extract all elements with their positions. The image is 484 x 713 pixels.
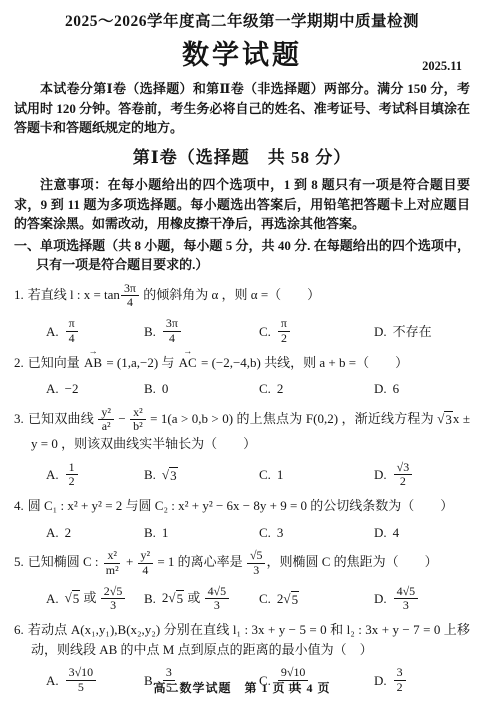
option-content: 2 [277,379,284,399]
answer-option: D.4 [374,523,470,543]
vector: →AB [83,353,103,373]
notice-paragraph: 注意事项：在每小题给出的四个选项中，1 到 8 题只有一项是符合题目要求，9 到… [14,175,470,234]
option-content: 0 [162,379,169,399]
option-content: √3 [162,465,178,485]
fraction: 3π4 [163,317,181,345]
question-options: A.2B.1C.3D.4 [14,523,470,543]
option-label: D. [374,379,387,399]
answer-option: B.2√5 或 4√53 [144,585,259,613]
square-root: √3 [437,411,453,428]
section1-heading: 第Ⅰ卷（选择题 共 58 分） [14,145,470,171]
fraction: 3π4 [121,282,139,310]
option-label: C. [259,379,271,399]
answer-option: A.√5 或 2√53 [46,585,144,613]
question-stem-content: 已知椭圆 C : x²m² + y²4 = 1 的离心率是 √53，则椭圆 C … [28,554,438,569]
option-label: D. [374,523,387,543]
option-content: π4 [65,317,79,345]
exam-page: 2025～2026学年度高二年级第一学期期中质量检测 数学试题 2025.11 … [0,0,484,713]
fraction: 4√53 [205,585,230,613]
question-stem-content: 已知向量 →AB = (1,a,−2) 与 →AC = (−2,−4,b) 共线… [28,355,408,370]
option-content: √5 或 2√53 [65,585,127,613]
option-label: B. [144,322,156,342]
question-stem: 4.圆 C₁ : x² + y² = 2 与圆 C₂ : x² + y² − 6… [14,496,470,516]
answer-option: D.不存在 [374,322,470,342]
fraction: y²4 [138,549,154,577]
question-options: A.π4B.3π4C.π2D.不存在 [14,317,470,345]
question-number: 5. [14,554,24,569]
option-label: B. [144,379,156,399]
part1-heading: 一、单项选择题（共 8 小题，每小题 5 分，共 40 分. 在每题给出的四个选… [14,236,470,275]
fraction: y²a² [98,406,114,434]
option-label: A. [46,379,59,399]
option-label: B. [144,589,156,609]
answer-option: C.3 [259,523,374,543]
option-content: √32 [393,461,414,489]
option-content: 4√53 [393,585,420,613]
fraction: 12 [66,461,78,489]
doc-title: 数学试题 [182,40,302,70]
questions: 1.若直线 l : x = tan3π4 的倾斜角为 α ，则 α =（ ） A… [14,282,470,695]
option-content: 不存在 [393,322,432,342]
option-label: B. [144,523,156,543]
option-label: C. [259,322,271,342]
option-label: C. [259,523,271,543]
question-stem-content: 若直线 l : x = tan3π4 的倾斜角为 α ，则 α =（ ） [28,287,320,302]
square-root: √5 [283,591,299,608]
question-number: 1. [14,287,24,302]
option-label: A. [46,465,59,485]
answer-option: A.−2 [46,379,144,399]
answer-option: A.π4 [46,317,144,345]
option-label: A. [46,589,59,609]
option-label: A. [46,322,59,342]
fraction: π4 [66,317,78,345]
option-content: 2 [65,523,72,543]
answer-option: C.2 [259,379,374,399]
fraction: π2 [278,317,290,345]
question: 2.已知向量 →AB = (1,a,−2) 与 →AC = (−2,−4,b) … [14,353,470,399]
question-options: A.√5 或 2√53B.2√5 或 4√53C.2√5D.4√53 [14,585,470,613]
answer-option: D.4√53 [374,585,470,613]
intro-paragraph: 本试卷分第Ⅰ卷（选择题）和第Ⅱ卷（非选择题）两部分。满分 150 分，考试用时 … [14,79,470,138]
option-content: 3 [277,523,284,543]
option-label: B. [144,465,156,485]
option-content: 1 [277,465,284,485]
question-options: A.12B.√3C.1D.√32 [14,461,470,489]
question-stem: 1.若直线 l : x = tan3π4 的倾斜角为 α ，则 α =（ ） [14,282,470,310]
option-label: D. [374,589,387,609]
question-stem-content: 已知双曲线 y²a² − x²b² = 1(a > 0,b > 0) 的上焦点为… [28,411,470,451]
vector-arrow-icon: → [89,345,98,359]
question-stem: 6.若动点 A(x₁,y₁),B(x₂,y₂) 分别在直线 l₁ : 3x + … [14,620,470,659]
option-label: C. [259,589,271,609]
option-content: −2 [65,379,79,399]
vector-arrow-icon: → [183,345,192,359]
question-number: 4. [14,498,24,513]
fraction: √53 [247,549,266,577]
question: 4.圆 C₁ : x² + y² = 2 与圆 C₂ : x² + y² − 6… [14,496,470,542]
question-stem-content: 圆 C₁ : x² + y² = 2 与圆 C₂ : x² + y² − 6x … [28,498,454,513]
option-content: 3π4 [162,317,182,345]
answer-option: B.1 [144,523,259,543]
title-row: 数学试题 2025.11 [14,35,470,75]
page-footer: 高二数学试题 第 1 页 共 4 页 [0,679,484,697]
question: 5.已知椭圆 C : x²m² + y²4 = 1 的离心率是 √53，则椭圆 … [14,549,470,613]
exam-date: 2025.11 [422,57,462,76]
option-content: 6 [393,379,400,399]
square-root: √5 [168,590,184,607]
question-stem: 2.已知向量 →AB = (1,a,−2) 与 →AC = (−2,−4,b) … [14,353,470,373]
question-number: 2. [14,355,24,370]
answer-option: C.1 [259,465,374,485]
answer-option: B.√3 [144,465,259,485]
option-label: A. [46,523,59,543]
question-number: 6. [14,622,24,637]
answer-option: A.2 [46,523,144,543]
option-label: C. [259,465,271,485]
question-options: A.−2B.0C.2D.6 [14,379,470,399]
option-content: 2√5 [277,589,299,609]
option-content: π2 [277,317,291,345]
option-content: 2√5 或 4√53 [162,585,230,613]
fraction: x²b² [130,406,146,434]
exam-session-title: 2025～2026学年度高二年级第一学期期中质量检测 [14,10,470,33]
option-content: 4 [393,523,400,543]
option-label: D. [374,465,387,485]
fraction: √32 [394,461,413,489]
question-stem-content: 若动点 A(x₁,y₁),B(x₂,y₂) 分别在直线 l₁ : 3x + y … [28,622,470,657]
answer-option: D.√32 [374,461,470,489]
option-label: D. [374,322,387,342]
option-content: 12 [65,461,79,489]
question-number: 3. [14,411,24,426]
fraction: x²m² [103,549,122,577]
question: 3.已知双曲线 y²a² − x²b² = 1(a > 0,b > 0) 的上焦… [14,406,470,489]
square-root: √3 [162,467,178,484]
question: 1.若直线 l : x = tan3π4 的倾斜角为 α ，则 α =（ ） A… [14,282,470,346]
answer-option: B.0 [144,379,259,399]
question-stem: 5.已知椭圆 C : x²m² + y²4 = 1 的离心率是 √53，则椭圆 … [14,549,470,577]
question-stem: 3.已知双曲线 y²a² − x²b² = 1(a > 0,b > 0) 的上焦… [14,406,470,454]
answer-option: B.3π4 [144,317,259,345]
vector: →AC [178,353,198,373]
fraction: 4√53 [394,585,419,613]
answer-option: C.2√5 [259,589,374,609]
answer-option: D.6 [374,379,470,399]
answer-option: A.12 [46,461,144,489]
option-content: 1 [162,523,169,543]
fraction: 2√53 [101,585,126,613]
answer-option: C.π2 [259,317,374,345]
square-root: √5 [65,590,81,607]
